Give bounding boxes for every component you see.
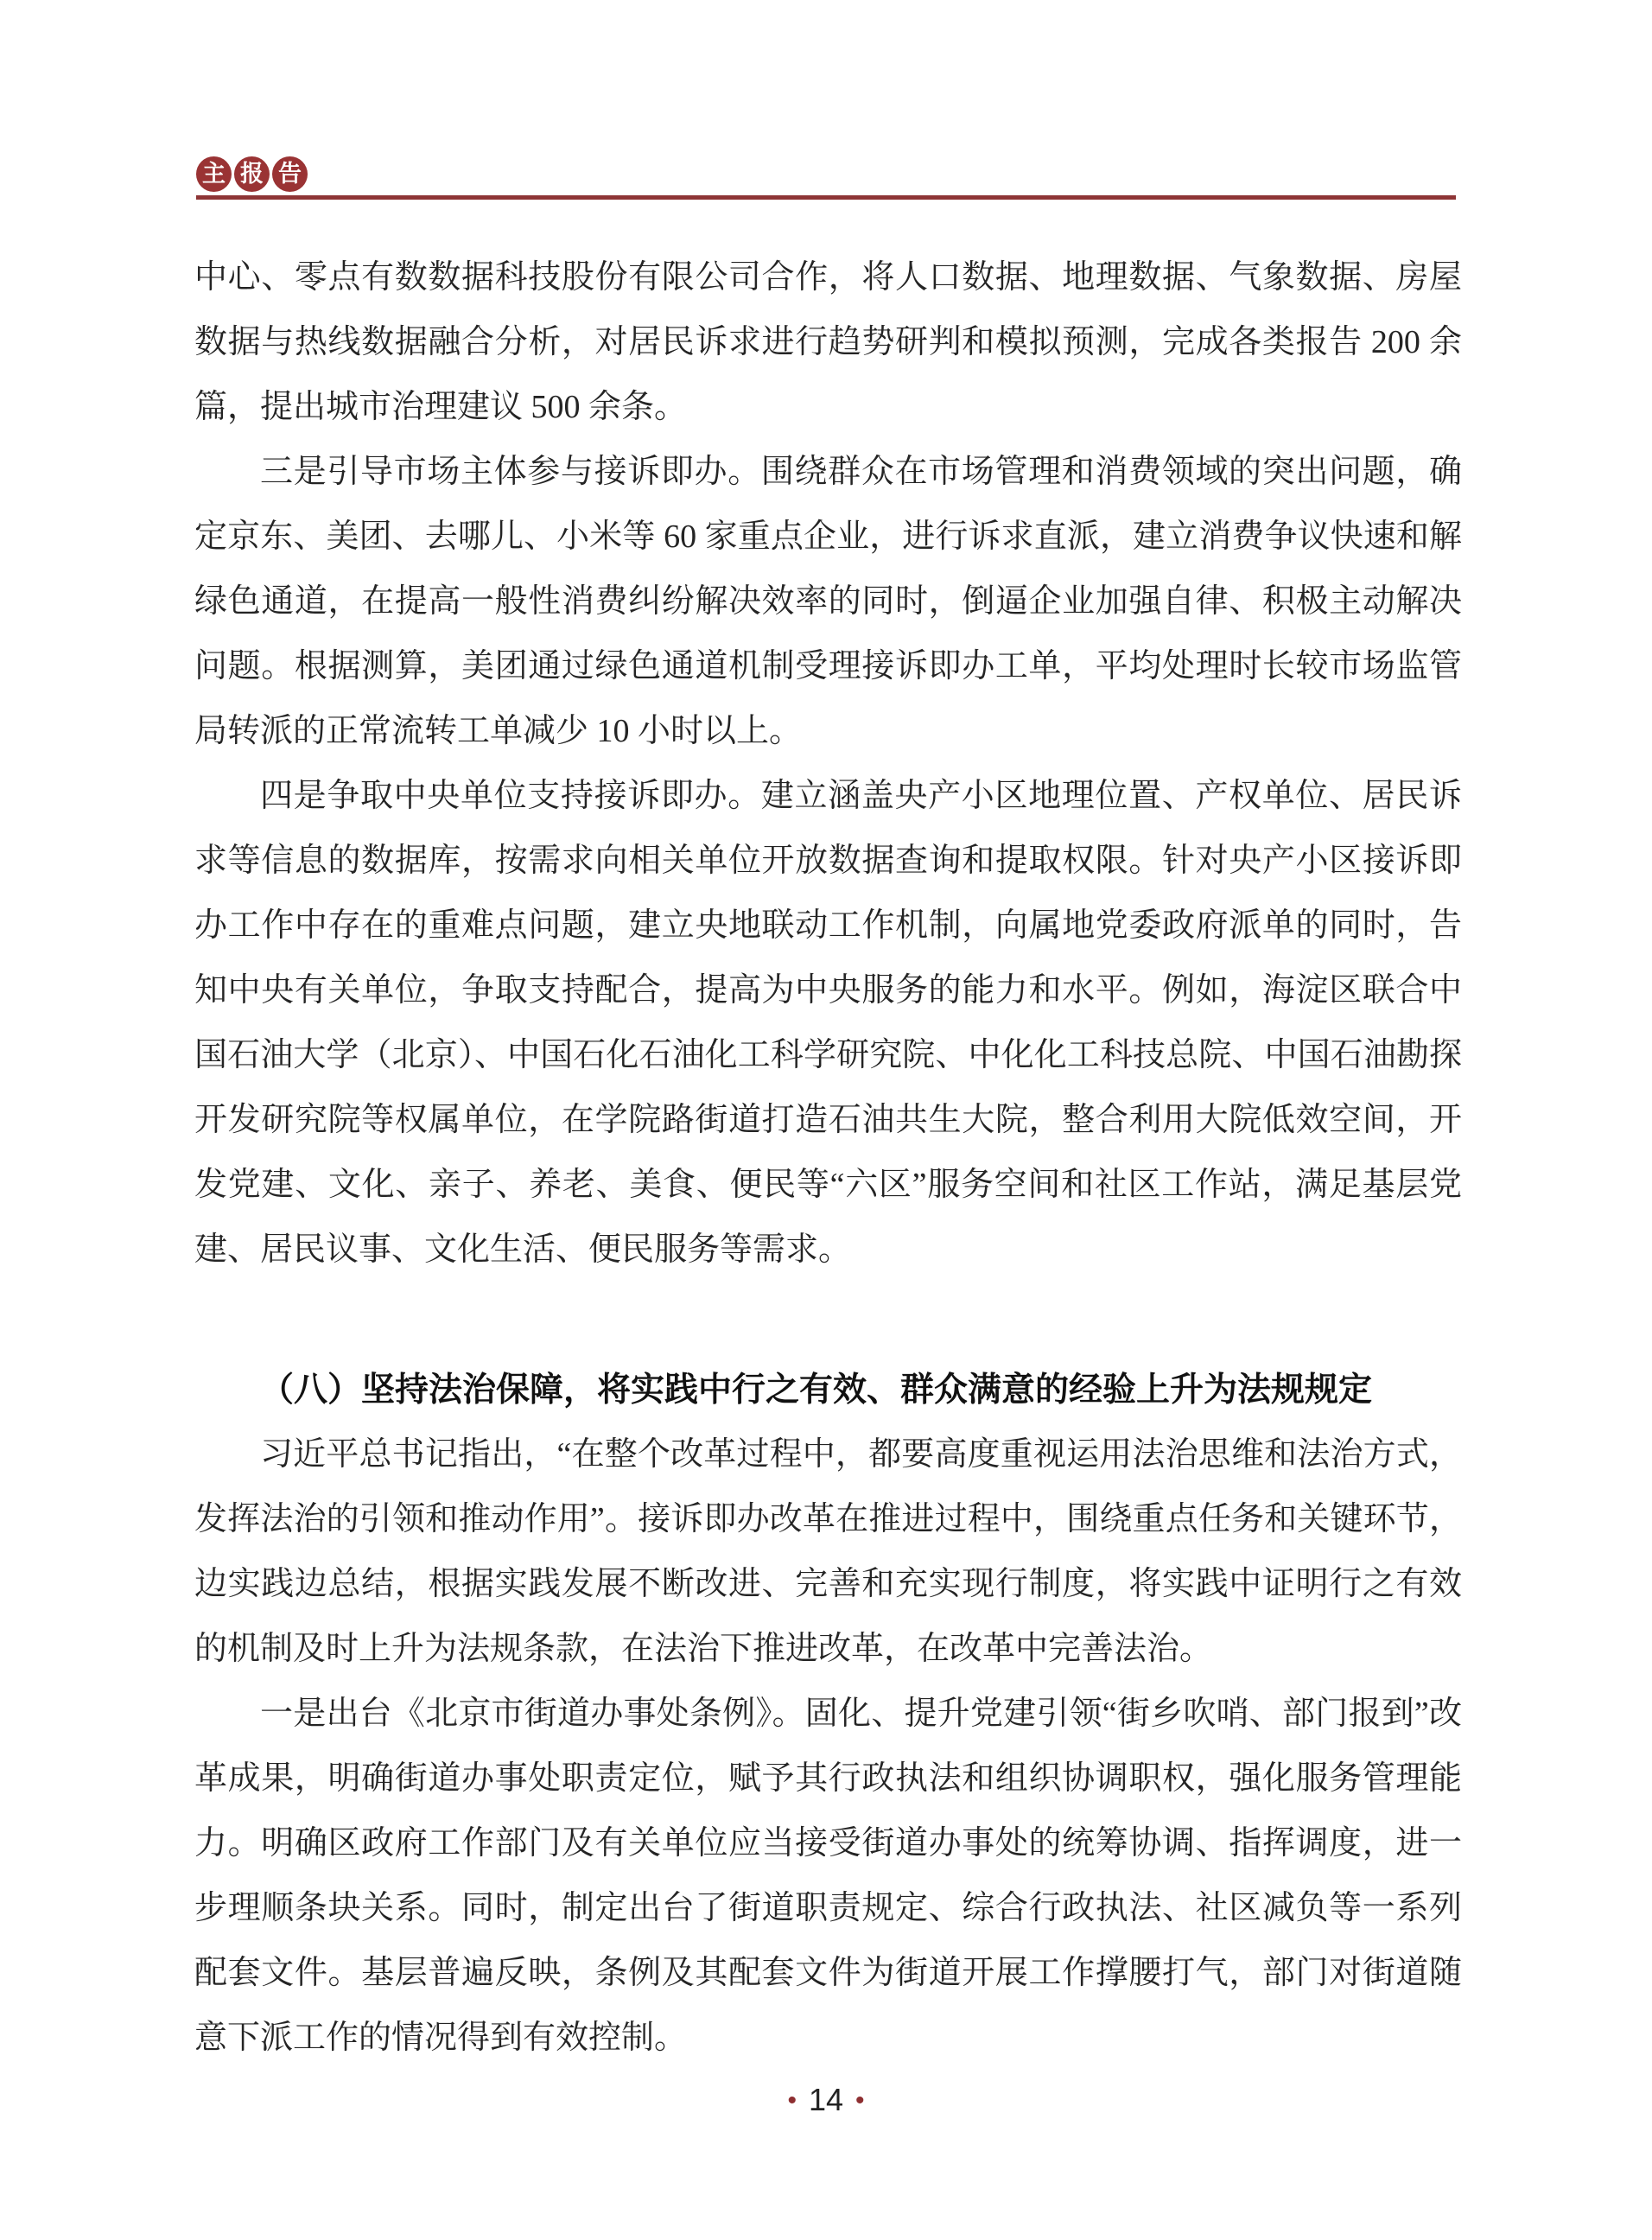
header-rule <box>196 195 1456 200</box>
footer-left-dot: • <box>775 2086 809 2115</box>
paragraph-rule-of-law-intro: 习近平总书记指出，“在整个改革过程中，都要高度重视运用法治思维和法治方式，发挥法… <box>194 1422 1462 1682</box>
page-number: 14 <box>809 2082 843 2117</box>
paragraph-street-office-regulation: 一是出台《北京市街道办事处条例》。固化、提升党建引领“街乡吹哨、部门报到”改革成… <box>194 1682 1462 2071</box>
paragraph-continuation: 中心、零点有数数据科技股份有限公司合作，将人口数据、地理数据、气象数据、房屋数据… <box>194 245 1462 440</box>
header-logo: 主 报 告 <box>196 156 308 192</box>
report-page: 主 报 告 中心、零点有数数据科技股份有限公司合作，将人口数据、地理数据、气象数… <box>0 0 1652 2240</box>
footer-right-dot: • <box>843 2086 877 2115</box>
header-badge-gao: 告 <box>272 156 308 192</box>
header-badge-bao: 报 <box>234 156 270 192</box>
header-badge-zhu: 主 <box>196 156 232 192</box>
section-heading-8: （八）坚持法治保障，将实践中行之有效、群众满意的经验上升为法规规定 <box>194 1358 1462 1422</box>
page-footer: •14• <box>0 2081 1652 2120</box>
paragraph-third-measure: 三是引导市场主体参与接诉即办。围绕群众在市场管理和消费领域的突出问题，确定京东、… <box>194 440 1462 764</box>
page-body: 中心、零点有数数据科技股份有限公司合作，将人口数据、地理数据、气象数据、房屋数据… <box>194 245 1462 2071</box>
paragraph-fourth-measure: 四是争取中央单位支持接诉即办。建立涵盖央产小区地理位置、产权单位、居民诉求等信息… <box>194 764 1462 1282</box>
